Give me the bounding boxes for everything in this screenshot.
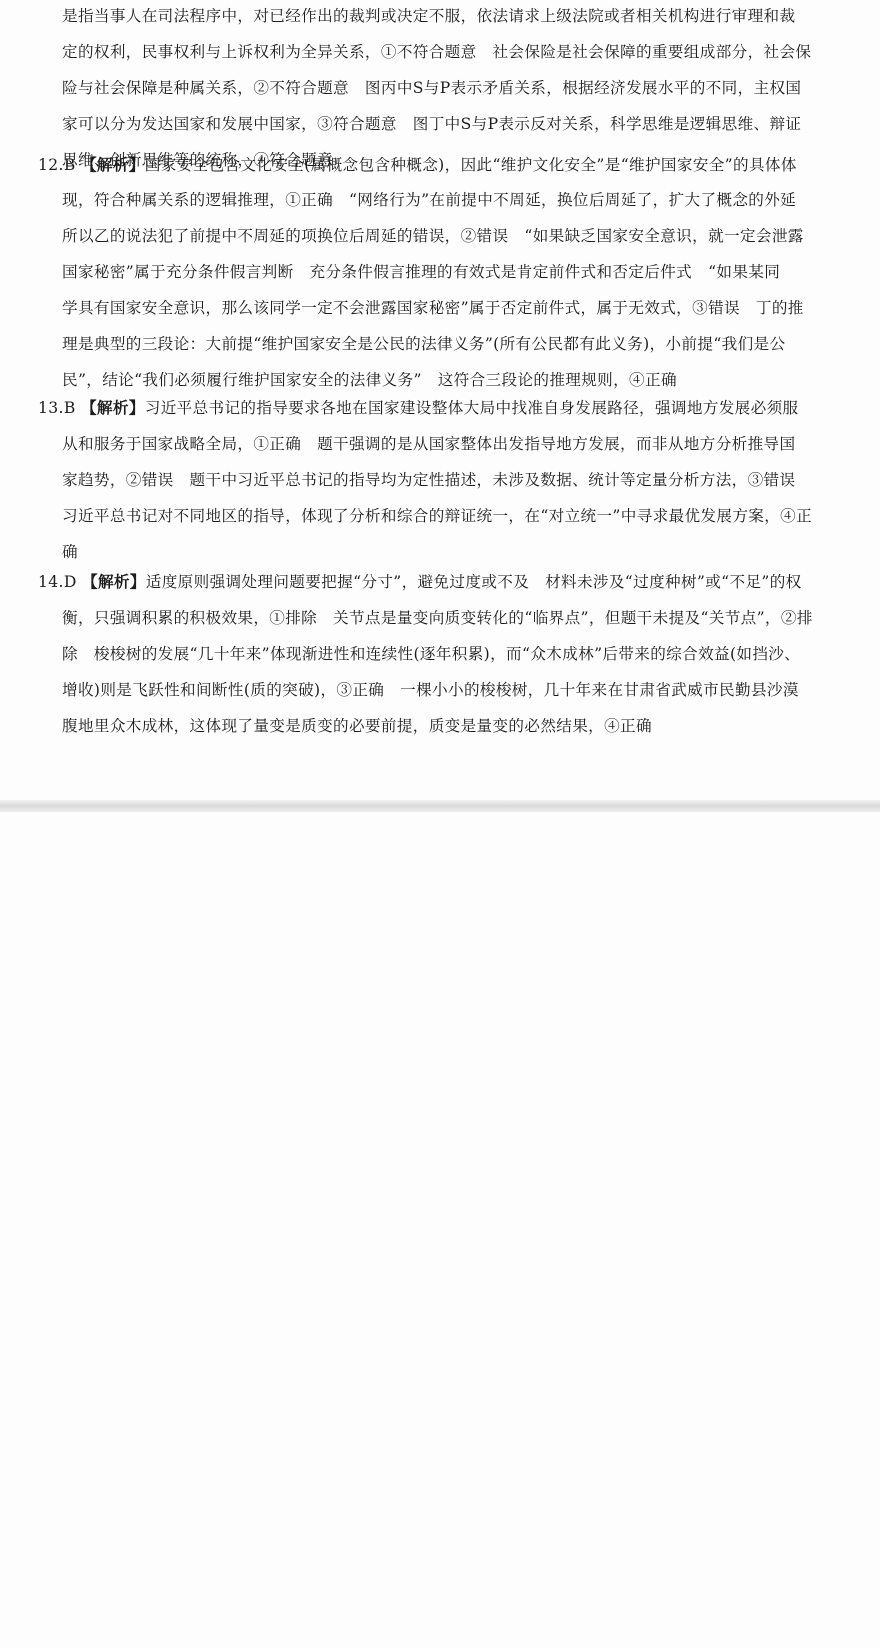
text-line: 家可以分为发达国家和发展中国家，③符合题意 图丁中S与P表示反对关系，科学思维是…	[62, 114, 842, 134]
text-line: 现，符合种属关系的逻辑推理，①正确 “网络行为”在前提中不周延，换位后周延了，扩…	[62, 190, 842, 210]
analysis-tag: 【解析】	[81, 399, 145, 417]
question-number: 13.B	[38, 399, 76, 417]
text-line: 确	[62, 542, 842, 562]
text-line: 险与社会保障是种属关系，②不符合题意 图丙中S与P表示矛盾关系，根据经济发展水平…	[62, 78, 842, 98]
analysis-tag: 【解析】	[82, 573, 146, 591]
answer-page-2: 是指当事人在司法程序中，对已经作出的裁判或决定不服，依法请求上级法院或者相关机构…	[0, 0, 880, 800]
text-line: 增收)则是飞跃性和间断性(质的突破)，③正确 一棵小小的梭梭树，几十年来在甘肃省…	[62, 680, 842, 700]
text-line: 从和服务于国家战略全局，①正确 题干强调的是从国家整体出发指导地方发展，而非从地…	[62, 434, 842, 454]
question-number: 14.D	[38, 573, 77, 591]
text-line: 国家秘密”属于充分条件假言判断 充分条件假言推理的有效式是肯定前件式和否定后件式…	[62, 262, 842, 282]
analysis-tag: 【解析】	[81, 156, 145, 174]
text-line: 家趋势，②错误 题干中习近平总书记的指导均为定性描述，未涉及数据、统计等定量分析…	[62, 470, 842, 490]
text-line: 是指当事人在司法程序中，对已经作出的裁判或决定不服，依法请求上级法院或者相关机构…	[62, 6, 842, 26]
text-line: 学具有国家安全意识，那么该同学一定不会泄露国家秘密”属于否定前件式，属于无效式，…	[62, 298, 842, 318]
text-line: 理是典型的三段论：大前提“维护国家安全是公民的法律义务”(所有公民都有此义务)，…	[62, 334, 842, 354]
question-text: 习近平总书记的指导要求各地在国家建设整体大局中找准自身发展路径，强调地方发展必须…	[145, 399, 799, 417]
page-break	[0, 800, 880, 812]
question-14: 14.D 【解析】适度原则强调处理问题要把握“分寸”，避免过度或不及 材料未涉及…	[38, 572, 818, 592]
answer-page-3	[0, 812, 880, 1648]
question-13: 13.B 【解析】习近平总书记的指导要求各地在国家建设整体大局中找准自身发展路径…	[38, 398, 818, 418]
question-12: 12.B 【解析】国家安全包含文化安全(属概念包含种概念)，因此“维护文化安全”…	[38, 155, 818, 175]
text-line: 定的权利，民事权利与上诉权利为全异关系，①不符合题意 社会保险是社会保障的重要组…	[62, 42, 842, 62]
text-line: 所以乙的说法犯了前提中不周延的项换位后周延的错误，②错误 “如果缺乏国家安全意识…	[62, 226, 842, 246]
question-number: 12.B	[38, 156, 76, 174]
question-text: 国家安全包含文化安全(属概念包含种概念)，因此“维护文化安全”是“维护国家安全”…	[145, 156, 797, 174]
text-line: 民”，结论“我们必须履行维护国家安全的法律义务” 这符合三段论的推理规则，④正确	[62, 370, 842, 390]
question-text: 适度原则强调处理问题要把握“分寸”，避免过度或不及 材料未涉及“过度种树”或“不…	[146, 573, 802, 591]
text-line: 习近平总书记对不同地区的指导，体现了分析和综合的辩证统一，在“对立统一”中寻求最…	[62, 506, 842, 526]
text-line: 衡，只强调积累的积极效果，①排除 关节点是量变向质变转化的“临界点”，但题干未提…	[62, 608, 842, 628]
text-line: 除 梭梭树的发展“几十年来”体现渐进性和连续性(逐年积累)，而“众木成林”后带来…	[62, 644, 842, 664]
text-line: 腹地里众木成林，这体现了量变是质变的必要前提，质变是量变的必然结果，④正确	[62, 716, 842, 736]
